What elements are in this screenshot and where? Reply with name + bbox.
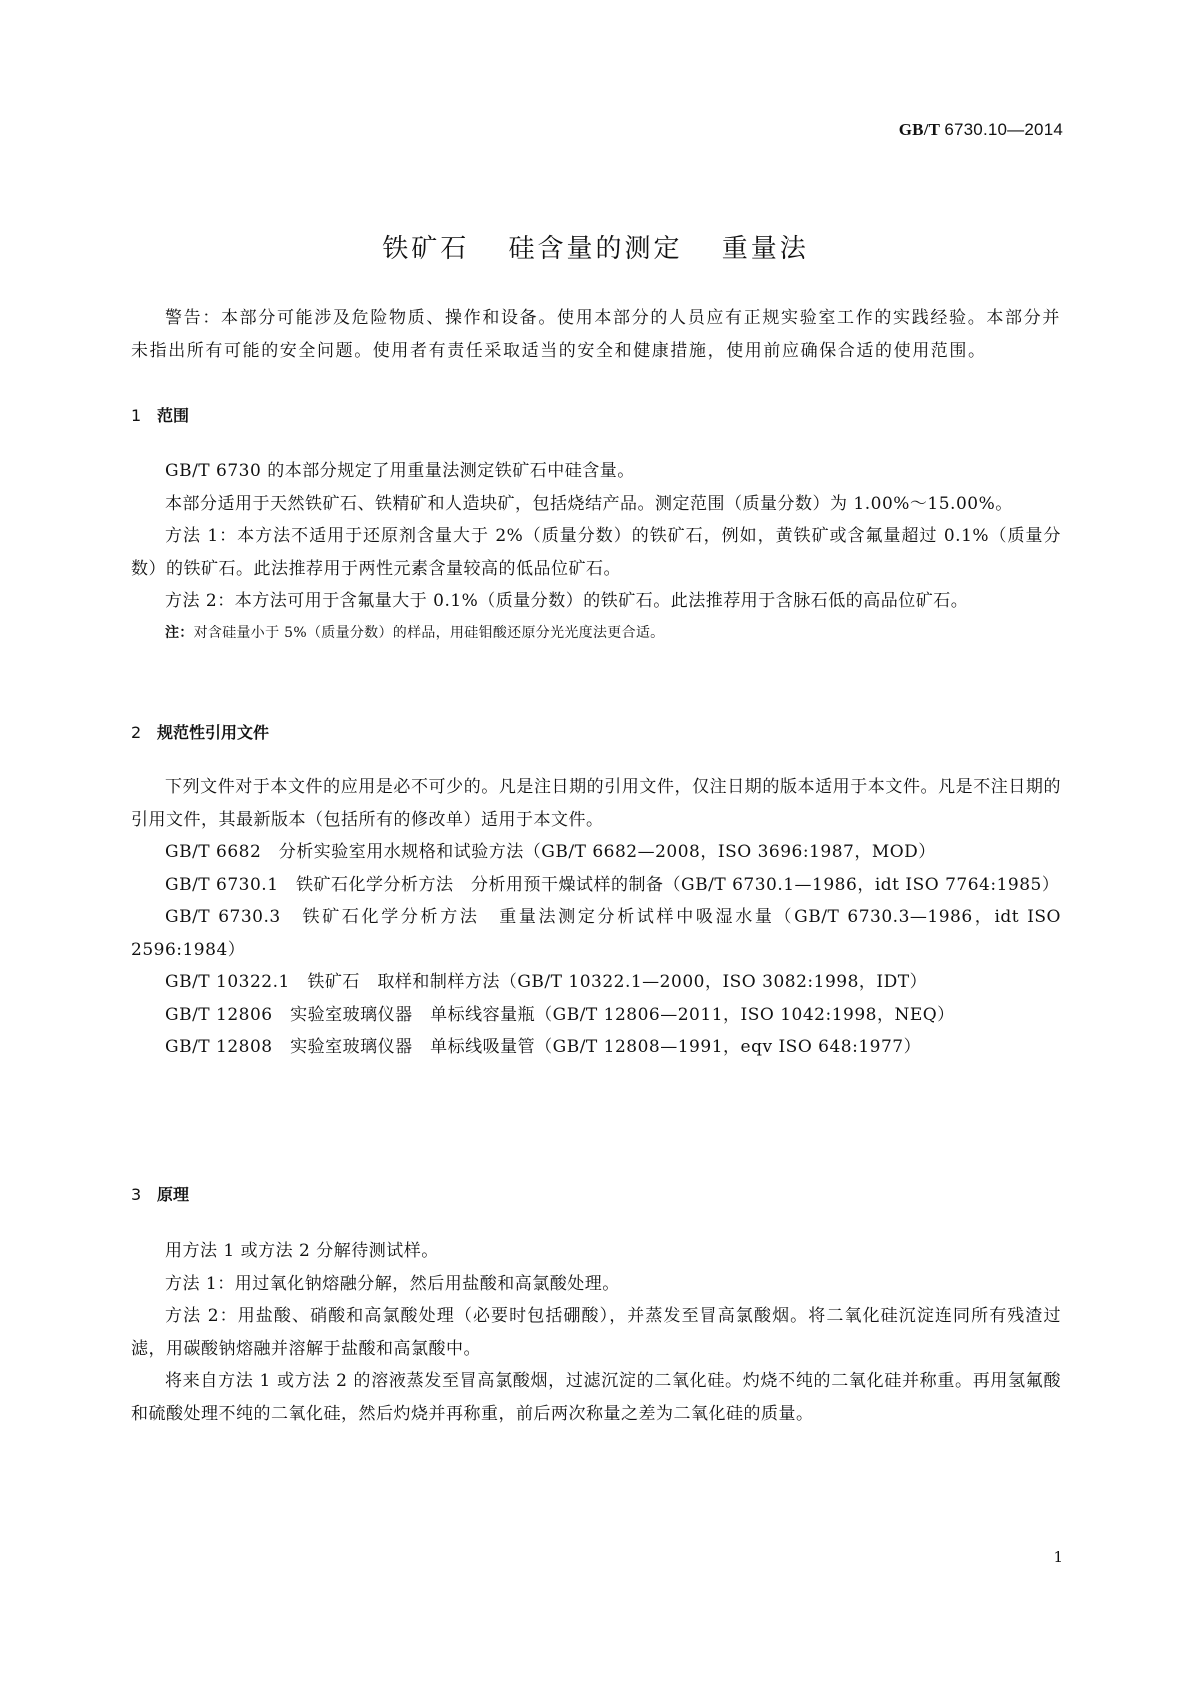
section-1-body: GB/T 6730 的本部分规定了用重量法测定铁矿石中硅含量。 本部分适用于天然… — [131, 455, 1061, 648]
reference-item: GB/T 12806 实验室玻璃仪器 单标线容量瓶（GB/T 12806—201… — [131, 999, 1061, 1032]
reference-item: GB/T 12808 实验室玻璃仪器 单标线吸量管（GB/T 12808—199… — [131, 1031, 1061, 1064]
reference-item: GB/T 10322.1 铁矿石 取样和制样方法（GB/T 10322.1—20… — [131, 966, 1061, 999]
standard-code: GB/T 6730.10—2014 — [899, 120, 1063, 140]
paragraph: GB/T 6730 的本部分规定了用重量法测定铁矿石中硅含量。 — [131, 455, 1061, 488]
section-title: 原理 — [157, 1185, 189, 1204]
title-part-2: 硅含量的测定 — [508, 234, 682, 264]
standard-number: 6730.10—2014 — [944, 120, 1063, 139]
section-number: 1 — [131, 406, 157, 425]
section-2-heading: 2规范性引用文件 — [131, 720, 269, 743]
reference-item: GB/T 6682 分析实验室用水规格和试验方法（GB/T 6682—2008，… — [131, 836, 1061, 869]
section-3-heading: 3原理 — [131, 1182, 189, 1205]
document-title: 铁矿石 硅含量的测定 重量法 — [0, 228, 1191, 265]
section-title: 范围 — [157, 406, 189, 425]
section-number: 3 — [131, 1185, 157, 1204]
section-1-heading: 1范围 — [131, 403, 189, 426]
title-part-3: 重量法 — [722, 234, 809, 264]
reference-item: GB/T 6730.1 铁矿石化学分析方法 分析用预干燥试样的制备（GB/T 6… — [131, 869, 1061, 902]
paragraph: 方法 2：用盐酸、硝酸和高氯酸处理（必要时包括硼酸），并蒸发至冒高氯酸烟。将二氧… — [131, 1300, 1061, 1365]
paragraph: 方法 1：用过氧化钠熔融分解，然后用盐酸和高氯酸处理。 — [131, 1268, 1061, 1301]
paragraph: 用方法 1 或方法 2 分解待测试样。 — [131, 1235, 1061, 1268]
paragraph: 将来自方法 1 或方法 2 的溶液蒸发至冒高氯酸烟，过滤沉淀的二氧化硅。灼烧不纯… — [131, 1365, 1061, 1430]
paragraph: 方法 1：本方法不适用于还原剂含量大于 2%（质量分数）的铁矿石，例如，黄铁矿或… — [131, 520, 1061, 585]
paragraph: 方法 2：本方法可用于含氟量大于 0.1%（质量分数）的铁矿石。此法推荐用于含脉… — [131, 585, 1061, 618]
section-2-body: 下列文件对于本文件的应用是必不可少的。凡是注日期的引用文件，仅注日期的版本适用于… — [131, 771, 1061, 1064]
note-text: 对含硅量小于 5%（质量分数）的样品，用硅钼酸还原分光光度法更合适。 — [194, 625, 665, 641]
section-number: 2 — [131, 723, 157, 742]
paragraph: 本部分适用于天然铁矿石、铁精矿和人造块矿，包括烧结产品。测定范围（质量分数）为 … — [131, 488, 1061, 521]
warning-paragraph: 警告：本部分可能涉及危险物质、操作和设备。使用本部分的人员应有正规实验室工作的实… — [131, 302, 1061, 368]
reference-item: GB/T 6730.3 铁矿石化学分析方法 重量法测定分析试样中吸湿水量（GB/… — [131, 901, 1061, 966]
title-part-1: 铁矿石 — [382, 234, 469, 264]
page-number: 1 — [1053, 1548, 1063, 1566]
section-3-body: 用方法 1 或方法 2 分解待测试样。 方法 1：用过氧化钠熔融分解，然后用盐酸… — [131, 1235, 1061, 1430]
section-title: 规范性引用文件 — [157, 723, 269, 742]
note-label: 注： — [165, 625, 194, 641]
standard-prefix: GB/T — [899, 120, 940, 139]
paragraph: 下列文件对于本文件的应用是必不可少的。凡是注日期的引用文件，仅注日期的版本适用于… — [131, 771, 1061, 836]
note: 注：对含硅量小于 5%（质量分数）的样品，用硅钼酸还原分光光度法更合适。 — [131, 618, 1061, 648]
